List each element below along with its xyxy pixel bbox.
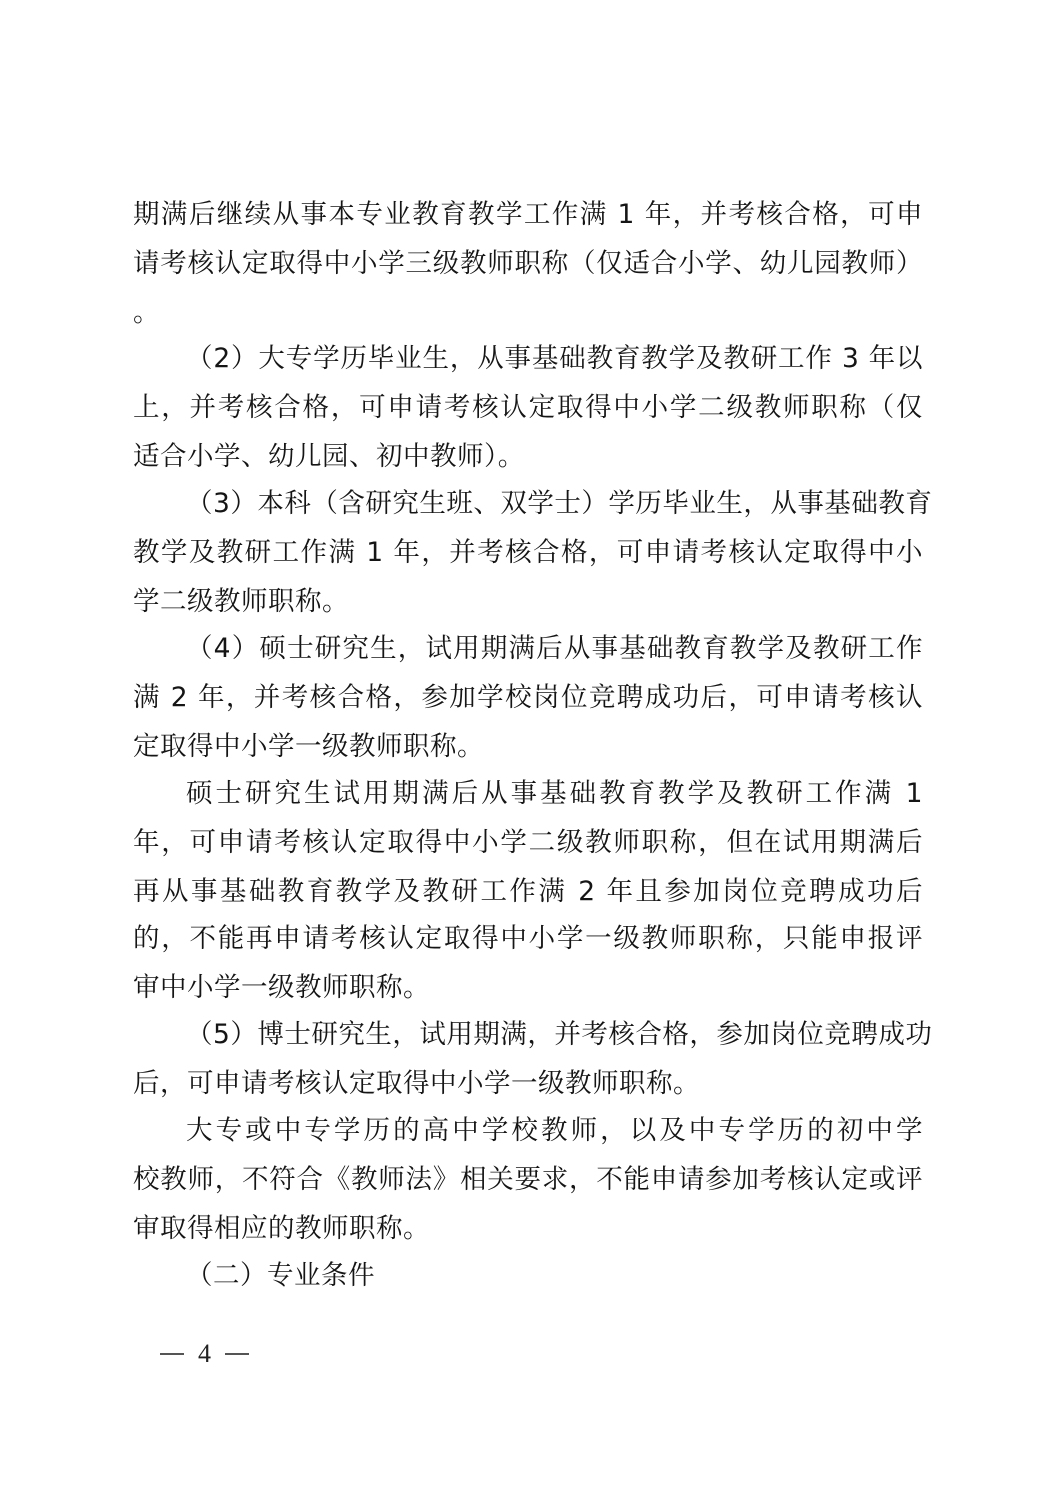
paragraph-line: （二）专业条件 <box>186 1260 923 1292</box>
paragraph-line: 硕士研究生试用期满后从事基础教育教学及教研工作满 1 <box>186 778 923 810</box>
paragraph-line: 学二级教师职称。 <box>133 586 923 618</box>
paragraph-line: 审取得相应的教师职称。 <box>133 1213 923 1245</box>
page-number: 4 <box>198 1338 211 1370</box>
paragraph-line: （5）博士研究生，试用期满，并考核合格，参加岗位竞聘成功 <box>186 1019 923 1051</box>
paragraph-line: 校教师，不符合《教师法》相关要求，不能申请参加考核认定或评 <box>133 1164 923 1196</box>
paragraph-line: 。 <box>133 297 923 329</box>
paragraph-line: 期满后继续从事本专业教育教学工作满 1 年，并考核合格，可申 <box>133 199 923 231</box>
paragraph-line: 再从事基础教育教学及教研工作满 2 年且参加岗位竞聘成功后 <box>133 876 923 908</box>
paragraph-line: 的，不能再申请考核认定取得中小学一级教师职称，只能申报评 <box>133 923 923 955</box>
right-dash <box>225 1353 249 1355</box>
paragraph-line: 年，可申请考核认定取得中小学二级教师职称，但在试用期满后 <box>133 827 923 859</box>
page-number-footer: 4 <box>160 1338 249 1370</box>
paragraph-line: 大专或中专学历的高中学校教师，以及中专学历的初中学 <box>186 1115 923 1147</box>
paragraph-line: 适合小学、幼儿园、初中教师）。 <box>133 441 923 473</box>
paragraph-line: 定取得中小学一级教师职称。 <box>133 731 923 763</box>
paragraph-line: 审中小学一级教师职称。 <box>133 972 923 1004</box>
left-dash <box>160 1353 184 1355</box>
paragraph-line: （4）硕士研究生，试用期满后从事基础教育教学及教研工作 <box>186 633 923 665</box>
paragraph-line: 请考核认定取得中小学三级教师职称（仅适合小学、幼儿园教师） <box>133 248 923 280</box>
document-page: 期满后继续从事本专业教育教学工作满 1 年，并考核合格，可申请考核认定取得中小学… <box>0 0 1058 1497</box>
paragraph-line: 后，可申请考核认定取得中小学一级教师职称。 <box>133 1068 923 1100</box>
paragraph-line: 教学及教研工作满 1 年，并考核合格，可申请考核认定取得中小 <box>133 537 923 569</box>
paragraph-line: 满 2 年，并考核合格，参加学校岗位竞聘成功后，可申请考核认 <box>133 682 923 714</box>
paragraph-line: （3）本科（含研究生班、双学士）学历毕业生，从事基础教育 <box>186 488 923 520</box>
paragraph-line: 上，并考核合格，可申请考核认定取得中小学二级教师职称（仅 <box>133 392 923 424</box>
paragraph-line: （2）大专学历毕业生，从事基础教育教学及教研工作 3 年以 <box>186 343 923 375</box>
